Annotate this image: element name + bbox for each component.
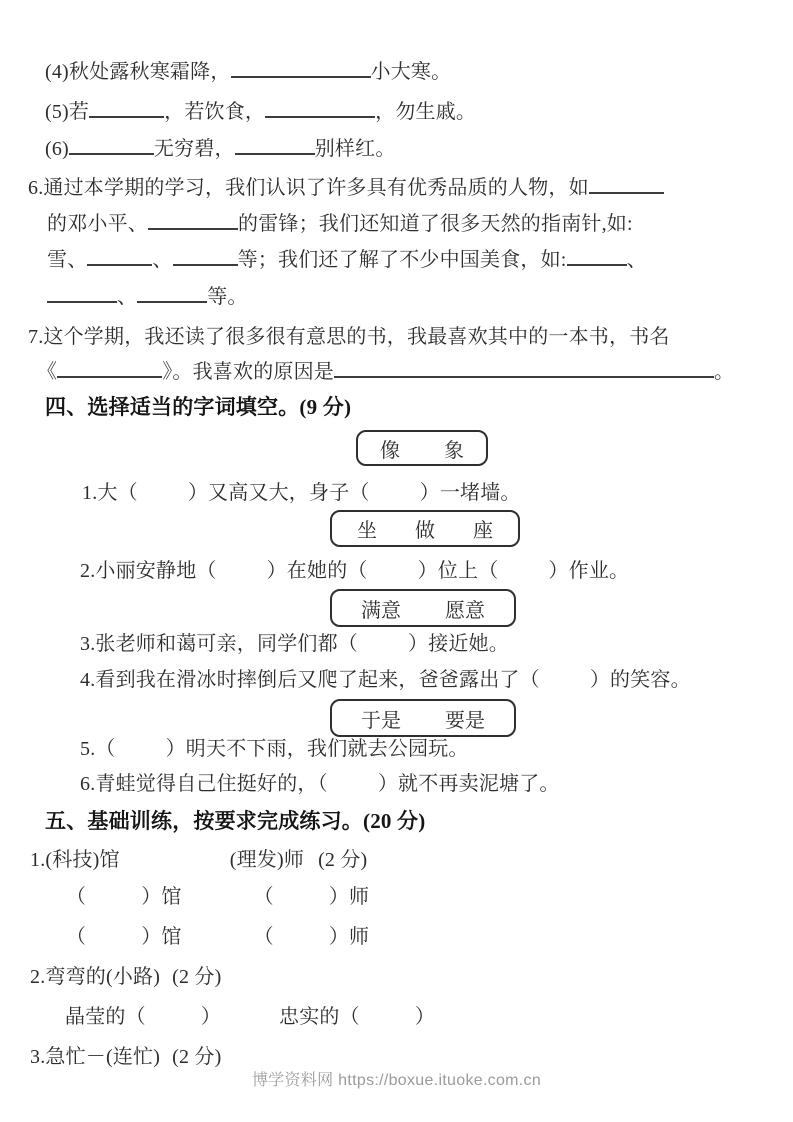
question-7-line-1: 7.这个学期，我还读了很多很有意思的书，我最喜欢其中的一本书，书名 [28, 324, 670, 350]
answer-blank [57, 359, 162, 378]
question-line-5-6: (6)无穷碧，别样红。 [45, 136, 396, 162]
section-4-item-1: 1.大（）又高又大，身子（）一堵墙。 [82, 480, 521, 506]
word-bank-word: 愿意 [445, 594, 485, 623]
word-bank-word: 要是 [445, 704, 485, 733]
answer-blank [148, 211, 238, 230]
question-6-line-4: 、等。 [47, 284, 248, 310]
answer-blank [69, 136, 154, 155]
footer-watermark: 博学资料网 https://boxue.ituoke.com.cn [0, 1067, 793, 1090]
worksheet-page: (4)秋处露秋寒霜降，小大寒。 (5)若，若饮食，，勿生戚。 (6)无穷碧，别样… [0, 0, 793, 1122]
answer-blank [567, 247, 627, 266]
section-5-q1-answer-row-2: （）馆（）师 [66, 924, 369, 950]
word-bank-word: 像 [380, 434, 400, 463]
answer-blank [137, 284, 207, 303]
section-4-item-5: 5.（）明天不下雨，我们就去公园玩。 [80, 736, 469, 762]
answer-blank [334, 359, 714, 378]
question-7-line-2: 《》。我喜欢的原因是。 [37, 359, 734, 385]
question-6-line-1: 6.通过本学期的学习，我们认识了许多具有优秀品质的人物，如 [28, 175, 664, 201]
answer-blank [589, 175, 664, 194]
answer-blank [89, 99, 164, 118]
section-4-item-4: 4.看到我在滑冰时摔倒后又爬了起来，爸爸露出了（）的笑容。 [80, 667, 691, 693]
section-4-heading: 四、选择适当的字词填空。(9 分) [45, 394, 351, 420]
word-bank-yushi-yaoshi: 于是要是 [330, 699, 516, 737]
section-5-q1-answer-row-1: （）馆（）师 [66, 884, 369, 910]
word-bank-manyi-yuanyi: 满意愿意 [330, 589, 516, 627]
question-line-5-5: (5)若，若饮食，，勿生戚。 [45, 99, 476, 125]
word-bank-word: 做 [415, 514, 435, 543]
word-bank-word: 坐 [357, 514, 377, 543]
section-4-item-6: 6.青蛙觉得自己住挺好的，（）就不再卖泥塘了。 [80, 771, 560, 797]
answer-blank [265, 99, 375, 118]
section-5-q2-example: 2.弯弯的(小路)(2 分) [30, 964, 221, 990]
word-bank-word: 象 [444, 434, 464, 463]
answer-blank [87, 247, 152, 266]
word-bank-xiang-xiang: 像象 [356, 430, 488, 466]
question-line-5-4: (4)秋处露秋寒霜降，小大寒。 [45, 59, 451, 85]
answer-blank [231, 59, 371, 78]
section-4-item-3: 3.张老师和蔼可亲，同学们都（）接近她。 [80, 631, 509, 657]
answer-blank [47, 284, 117, 303]
word-bank-zuo-zuo-zuo: 坐做座 [330, 510, 520, 547]
question-6-line-2: 的邓小平、的雷锋；我们还知道了很多天然的指南针,如: [47, 211, 633, 237]
section-4-item-2: 2.小丽安静地（）在她的（）位上（）作业。 [80, 558, 629, 584]
word-bank-word: 于是 [361, 704, 401, 733]
word-bank-word: 座 [473, 514, 493, 543]
section-5-q2-answer-row: 晶莹的（）忠实的（） [65, 1004, 435, 1030]
section-5-q1-example: 1.(科技)馆(理发)师(2 分) [30, 847, 367, 873]
question-6-line-3: 雪、、等；我们还了解了不少中国美食，如:、 [47, 247, 647, 273]
answer-blank [235, 136, 315, 155]
answer-blank [173, 247, 238, 266]
word-bank-word: 满意 [361, 594, 401, 623]
section-5-heading: 五、基础训练，按要求完成练习。(20 分) [45, 808, 425, 834]
